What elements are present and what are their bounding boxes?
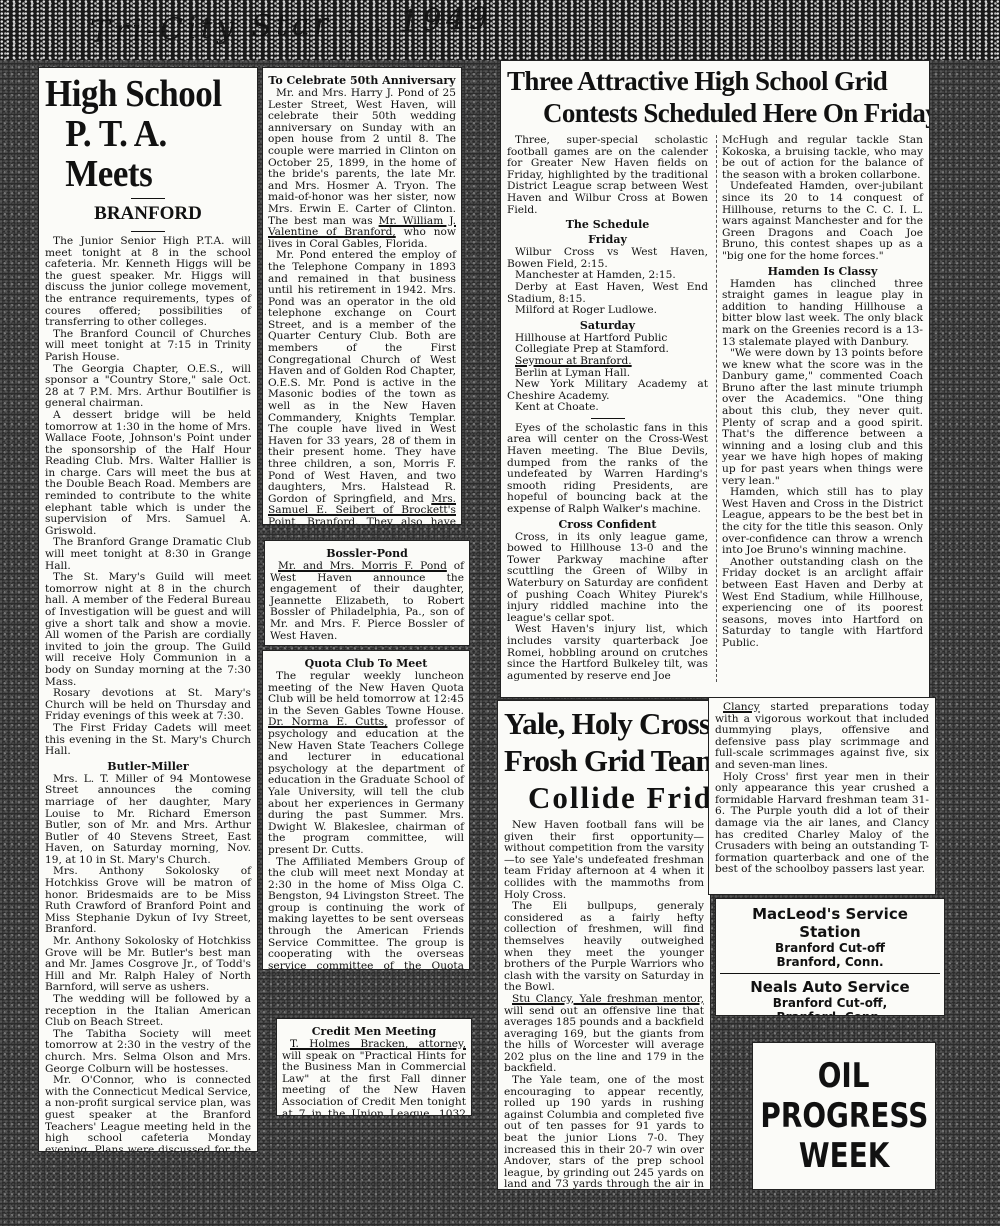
quota-club-article: Quota Club To Meet The regular weekly lu… — [262, 650, 470, 970]
section-label: BRANFORD — [45, 203, 251, 225]
paragraph: The regular weekly luncheon meeting of t… — [268, 671, 464, 857]
headline-line: High School — [45, 73, 222, 115]
schedule-item: Kent at Choate. — [507, 402, 708, 414]
headline-line: Three Attractive High School Grid — [507, 66, 887, 96]
paragraph: The Affiliated Members Group of the club… — [268, 857, 464, 971]
schedule-item: Wilbur Cross vs West Haven, Bowen Field,… — [507, 247, 708, 270]
paragraph: Mr. and Mrs. Morris F. Pond of West Have… — [270, 561, 464, 642]
credit-subhead: Credit Men Meeting — [282, 1025, 466, 1038]
paragraph: Mrs. Anthony Sokolosky of Hotchkiss Grov… — [45, 866, 251, 936]
ad-address: Branford Cut-off — [720, 941, 940, 955]
ad-line: OIL — [818, 1056, 870, 1096]
ad-neals: Neals Auto Service Branford Cut-off, Bra… — [720, 978, 940, 1016]
paragraph: The Tabitha Society will meet tomorrow a… — [45, 1029, 251, 1075]
bossler-pond-article: Bossler-Pond Mr. and Mrs. Morris F. Pond… — [264, 540, 470, 646]
paragraph: The wedding will be followed by a recept… — [45, 994, 251, 1029]
divider — [131, 198, 165, 199]
paragraph: Mr. Anthony Sokolosky of Hotchkiss Grove… — [45, 936, 251, 994]
credit-men-article: Credit Men Meeting T. Holmes Bracken, at… — [276, 1018, 472, 1116]
friday-heading: Friday — [507, 233, 708, 246]
schedule-item: Derby at East Haven, West End Stadium, 8… — [507, 282, 708, 305]
paragraph: "We were down by 13 points before we kne… — [722, 348, 923, 487]
paragraph: Hamden has clinched three straight games… — [722, 279, 923, 349]
paragraph: Mr. O'Connor, who is connected with the … — [45, 1075, 251, 1152]
underlined-name: Stu Clancy, Yale freshman mentor, — [512, 993, 704, 1005]
divider — [720, 973, 940, 974]
paragraph: Eyes of the scholastic fans in this area… — [507, 423, 708, 516]
paragraph: Cross, in its only league game, bowed to… — [507, 532, 708, 625]
yale-headline: Yale, Holy Cross Frosh Grid Teams Collid… — [504, 705, 704, 816]
divider — [131, 231, 165, 232]
paragraph: Mrs. L. T. Miller of 94 Montowese Street… — [45, 774, 251, 867]
headline-line: Yale, Holy Cross — [504, 706, 710, 741]
ad-city: Branford, Conn. — [720, 1010, 940, 1016]
grid-column-left: Three, super-special scholastic football… — [507, 135, 708, 682]
paragraph: The Branford Council of Churches will me… — [45, 329, 251, 364]
paragraph: A dessert bridge will be held tomorrow a… — [45, 410, 251, 538]
paragraph: The Junior Senior High P.T.A. will meet … — [45, 236, 251, 329]
pta-headline: High School P. T. A. Meets — [45, 74, 235, 194]
paragraph: The Branford Grange Dramatic Club will m… — [45, 537, 251, 572]
underlined-name: T. Holmes Bracken, attorney, — [290, 1038, 466, 1050]
headline-line: Collide Friday — [504, 779, 704, 816]
underlined-name: Mr. and Mrs. Morris F. Pond — [278, 560, 447, 572]
headline-line: Frosh Grid Teams — [504, 743, 711, 778]
paragraph: T. Holmes Bracken, attorney, will speak … — [282, 1039, 466, 1116]
paragraph: The Georgia Chapter, O.E.S., will sponso… — [45, 364, 251, 410]
pta-paragraphs: The Junior Senior High P.T.A. will meet … — [45, 236, 251, 758]
oil-progress-week-ad: OIL PROGRESS WEEK — [752, 1042, 936, 1190]
grid-contests-article: Three Attractive High School Grid Contes… — [500, 60, 930, 698]
ad-macleods: MacLeod's Service Station Branford Cut-o… — [720, 905, 940, 969]
grid-column-right: McHugh and regular tackle Stan Kokoska, … — [716, 135, 923, 682]
saturday-games: Hillhouse at Hartford PublicCollegiate P… — [507, 333, 708, 414]
hamden-classy-subhead: Hamden Is Classy — [722, 265, 923, 278]
ad-line: PROGRESS — [760, 1096, 928, 1136]
quota-subhead: Quota Club To Meet — [268, 657, 464, 670]
butler-paragraphs: Mrs. L. T. Miller of 94 Montowese Street… — [45, 774, 251, 1152]
paragraph: Three, super-special scholastic football… — [507, 135, 708, 216]
schedule-item: New York Military Academy at Cheshire Ac… — [507, 379, 708, 402]
ad-address: Branford Cut-off, — [720, 996, 940, 1010]
headline-line: P. T. A. Meets — [45, 114, 235, 194]
service-station-ads: MacLeod's Service Station Branford Cut-o… — [715, 898, 945, 1016]
paragraph: Undefeated Hamden, over-jubilant since i… — [722, 181, 923, 262]
paragraph: Stu Clancy, Yale freshman mentor, will s… — [504, 994, 704, 1075]
ad-name: Neals Auto Service — [720, 978, 940, 996]
paragraph: The First Friday Cadets will meet this e… — [45, 723, 251, 758]
paragraph: West Haven's injury list, which includes… — [507, 624, 708, 682]
paragraph: The Eli bullpups, generaly considered as… — [504, 901, 704, 994]
paragraph: Another outstanding clash on the Friday … — [722, 557, 923, 650]
headline-line: Contests Scheduled Here On Friday — [507, 97, 923, 129]
yale-article-continued: Clancy started preparations today with a… — [708, 697, 936, 895]
paragraph: Hamden, which still has to play West Hav… — [722, 487, 923, 557]
schedule-item: Seymour at Branford. — [507, 356, 708, 368]
paragraph: Rosary devotions at St. Mary's Church wi… — [45, 688, 251, 723]
ad-line: WEEK — [799, 1136, 889, 1176]
paragraph: Mr. and Mrs. Harry J. Pond of 25 Lester … — [268, 88, 456, 250]
paragraph: Holy Cross' first year men in their only… — [715, 772, 929, 876]
friday-games: Wilbur Cross vs West Haven, Bowen Field,… — [507, 247, 708, 317]
saturday-heading: Saturday — [507, 319, 708, 332]
underlined-name: Dr. Norma E. Cutts, — [268, 716, 387, 728]
yale-holy-cross-article: Yale, Holy Cross Frosh Grid Teams Collid… — [497, 700, 711, 1190]
paragraph: The St. Mary's Guild will meet tomorrow … — [45, 572, 251, 688]
ad-name: MacLeod's Service Station — [720, 905, 940, 941]
divider — [591, 418, 625, 419]
pta-article: High School P. T. A. Meets BRANFORD The … — [38, 67, 258, 1152]
grid-headline: Three Attractive High School Grid Contes… — [507, 65, 923, 129]
paragraph: The Yale team, one of the most encouragi… — [504, 1075, 704, 1190]
schedule-item: Milford at Roger Ludlowe. — [507, 305, 708, 317]
underlined-name: Clancy — [723, 701, 760, 713]
paragraph: New Haven football fans will be given th… — [504, 820, 704, 901]
bossler-subhead: Bossler-Pond — [270, 547, 464, 560]
ad-city: Branford, Conn. — [720, 955, 940, 969]
subhead-butler-miller: Butler-Miller — [45, 760, 251, 773]
anniversary-subhead: To Celebrate 50th Anniversary — [268, 74, 456, 87]
paragraph: Clancy started preparations today with a… — [715, 702, 929, 772]
paragraph: Mr. Pond entered the employ of the Telep… — [268, 250, 456, 525]
cross-confident-subhead: Cross Confident — [507, 518, 708, 531]
anniversary-article: To Celebrate 50th Anniversary Mr. and Mr… — [262, 67, 462, 525]
paragraph: McHugh and regular tackle Stan Kokoska, … — [722, 135, 923, 181]
schedule-heading: The Schedule — [507, 218, 708, 231]
